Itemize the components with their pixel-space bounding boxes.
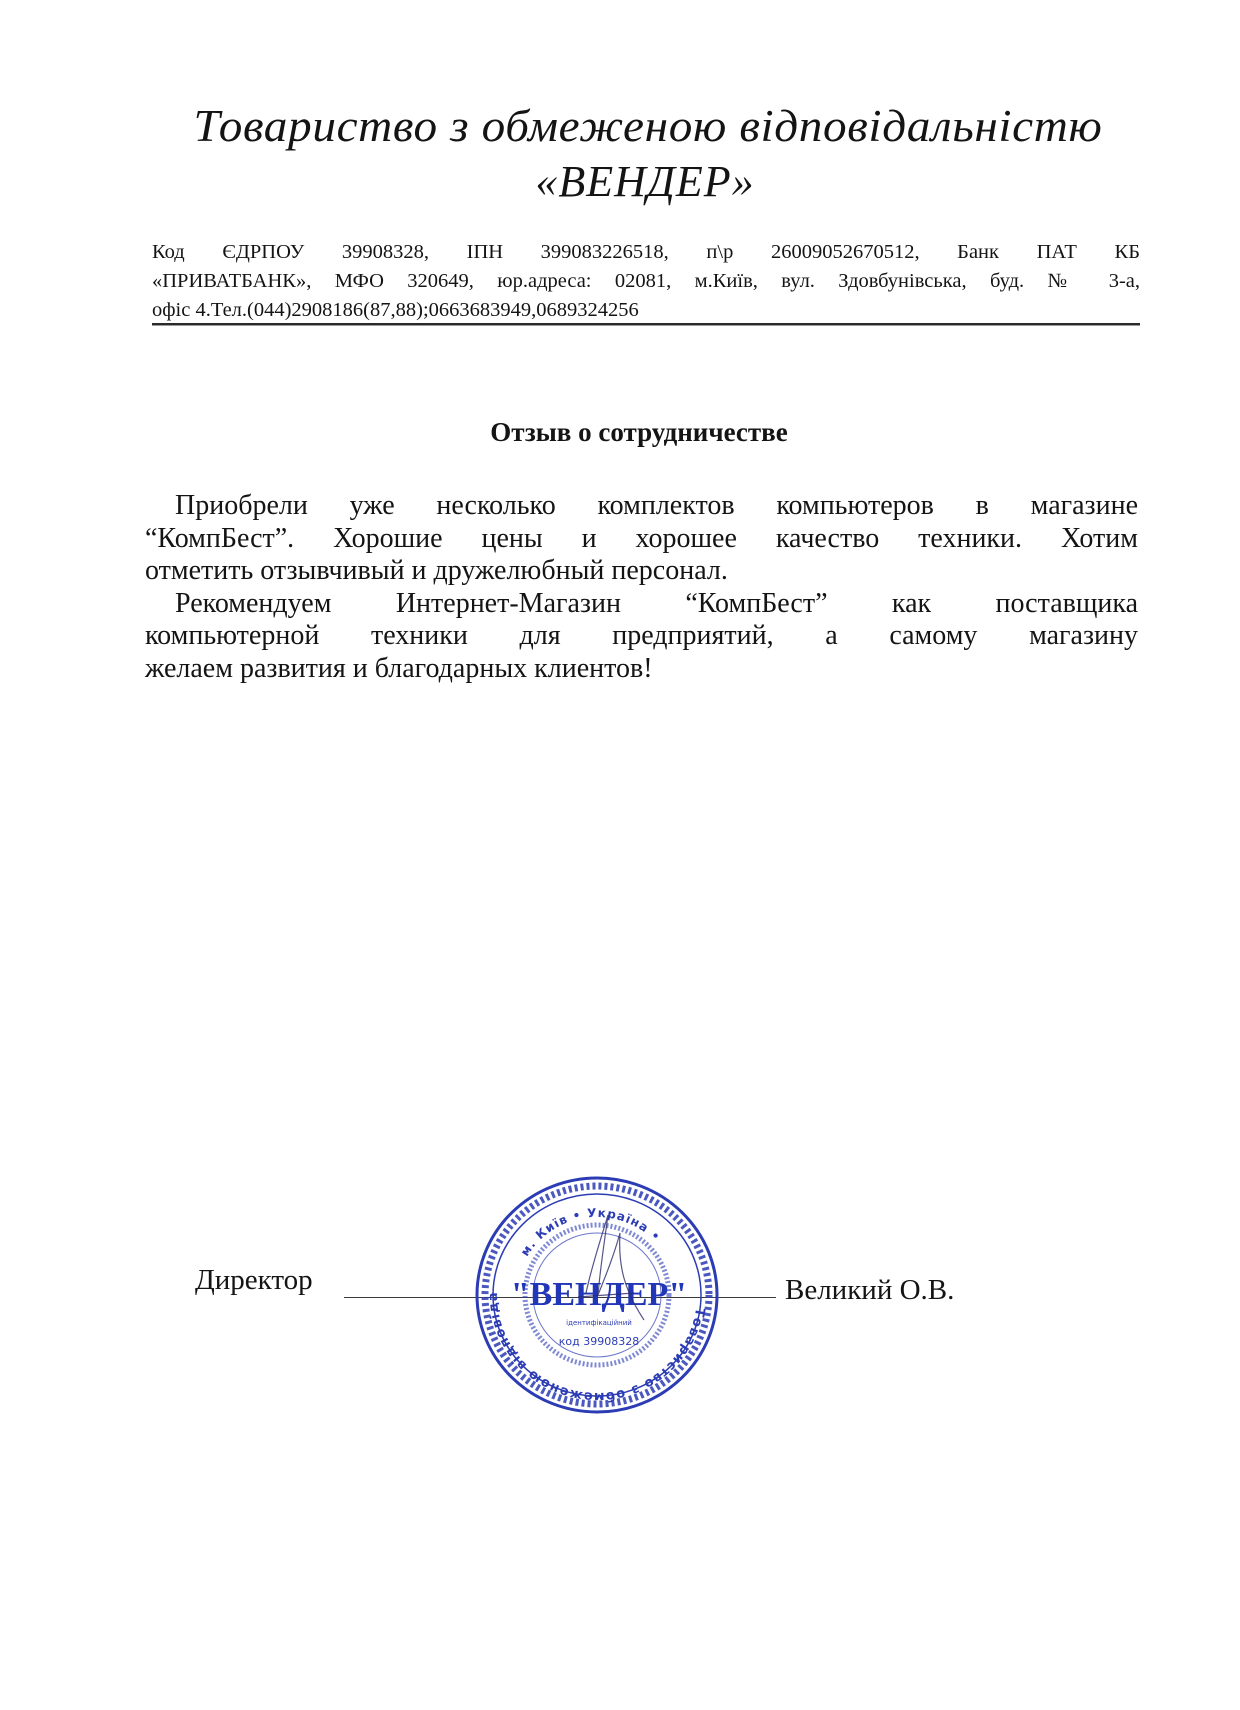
signatory-name: Великий О.В. xyxy=(785,1272,954,1308)
svg-text:ідентифікаційний: ідентифікаційний xyxy=(566,1319,632,1327)
seal-icon: Товариство з обмеженою відповідальністю … xyxy=(474,1175,720,1415)
company-name-line2: «ВЕНДЕР» xyxy=(0,157,1240,207)
body-line: желаем развития и благодарных клиентов! xyxy=(145,653,1138,686)
letter-body: Приобрели уже несколько комплектов компь… xyxy=(145,490,1138,685)
letterhead-divider xyxy=(152,323,1140,326)
letter-title: Отзыв о сотрудничестве xyxy=(0,414,1240,450)
company-details-line: Код ЄДРПОУ 39908328, ІПН 399083226518, п… xyxy=(152,238,1140,267)
company-details-line: «ПРИВАТБАНК», МФО 320649, юр.адреса: 020… xyxy=(152,267,1140,296)
company-details-line: офіс 4.Тел.(044)2908186(87,88);066368394… xyxy=(152,296,1140,325)
body-line: отметить отзывчивый и дружелюбный персон… xyxy=(145,555,1138,588)
company-name-line1: Товариство з обмеженою відповідальністю xyxy=(0,100,1240,152)
svg-text:код 39908328: код 39908328 xyxy=(559,1335,639,1348)
signatory-position: Директор xyxy=(195,1262,313,1298)
body-line: Приобрели уже несколько комплектов компь… xyxy=(145,490,1138,523)
company-details: Код ЄДРПОУ 39908328, ІПН 399083226518, п… xyxy=(152,238,1140,325)
body-line: Рекомендуем Интернет-Магазин “КомпБест” … xyxy=(145,588,1138,621)
body-line: “КомпБест”. Хорошие цены и хорошее качес… xyxy=(145,523,1138,556)
company-seal-stamp: Товариство з обмеженою відповідальністю … xyxy=(474,1175,720,1415)
body-line: компьютерной техники для предприятий, а … xyxy=(145,620,1138,653)
